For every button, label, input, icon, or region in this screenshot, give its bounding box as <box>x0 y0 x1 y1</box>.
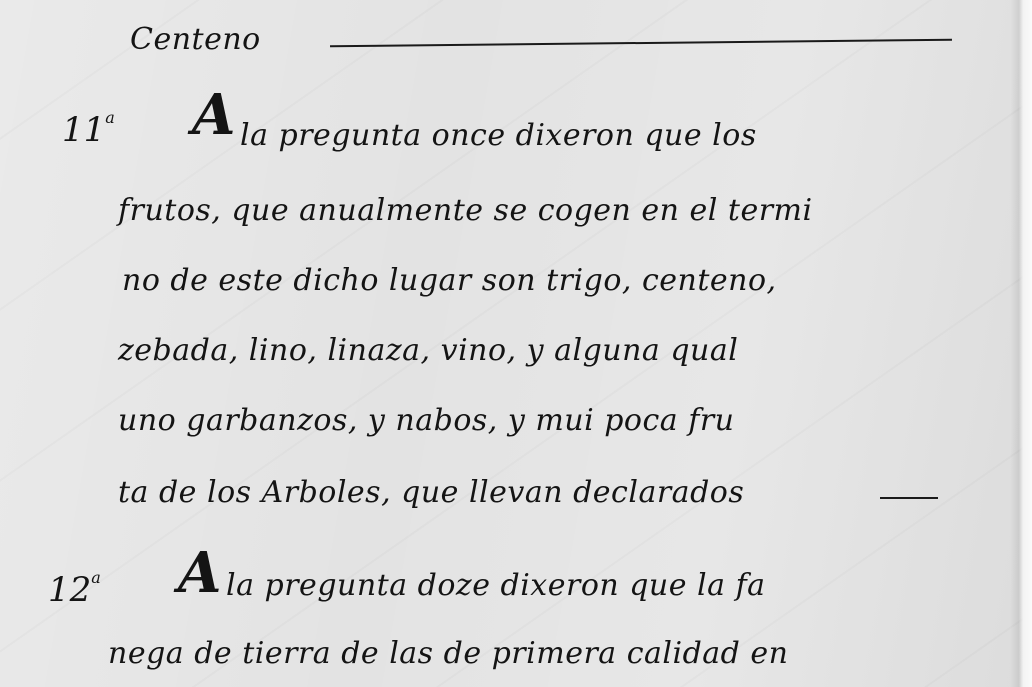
manuscript-line: ta de los Arboles, que llevan declarados <box>118 475 744 510</box>
manuscript-line: uno garbanzos, y nabos, y mui poca fru <box>118 403 734 438</box>
paragraph-number-11: 11a <box>62 108 115 150</box>
ordinal-suffix: a <box>91 568 101 587</box>
manuscript-line: frutos, que anualmente se cogen en el te… <box>118 193 813 228</box>
paragraph-number: 11 <box>62 110 105 150</box>
manuscript-line: no de este dicho lugar son trigo, centen… <box>122 263 777 298</box>
manuscript-line: la pregunta once dixeron que los <box>240 118 757 153</box>
heading-rule <box>330 39 952 48</box>
manuscript-page: Centeno 11a A la pregunta once dixeron q… <box>0 0 1032 687</box>
initial-letter: A <box>178 540 221 606</box>
paragraph-number: 12 <box>48 570 91 610</box>
paragraph-number-12: 12a <box>48 568 101 610</box>
heading-word: Centeno <box>130 22 261 57</box>
ordinal-suffix: a <box>105 108 115 127</box>
manuscript-line: nega de tierra de las de primera calidad… <box>108 636 789 671</box>
manuscript-line: la pregunta doze dixeron que la fa <box>226 568 766 603</box>
manuscript-line: zebada, lino, linaza, vino, y alguna qua… <box>118 333 738 368</box>
line-end-rule <box>880 497 938 499</box>
initial-letter: A <box>192 82 235 148</box>
page-edge <box>1010 0 1032 687</box>
